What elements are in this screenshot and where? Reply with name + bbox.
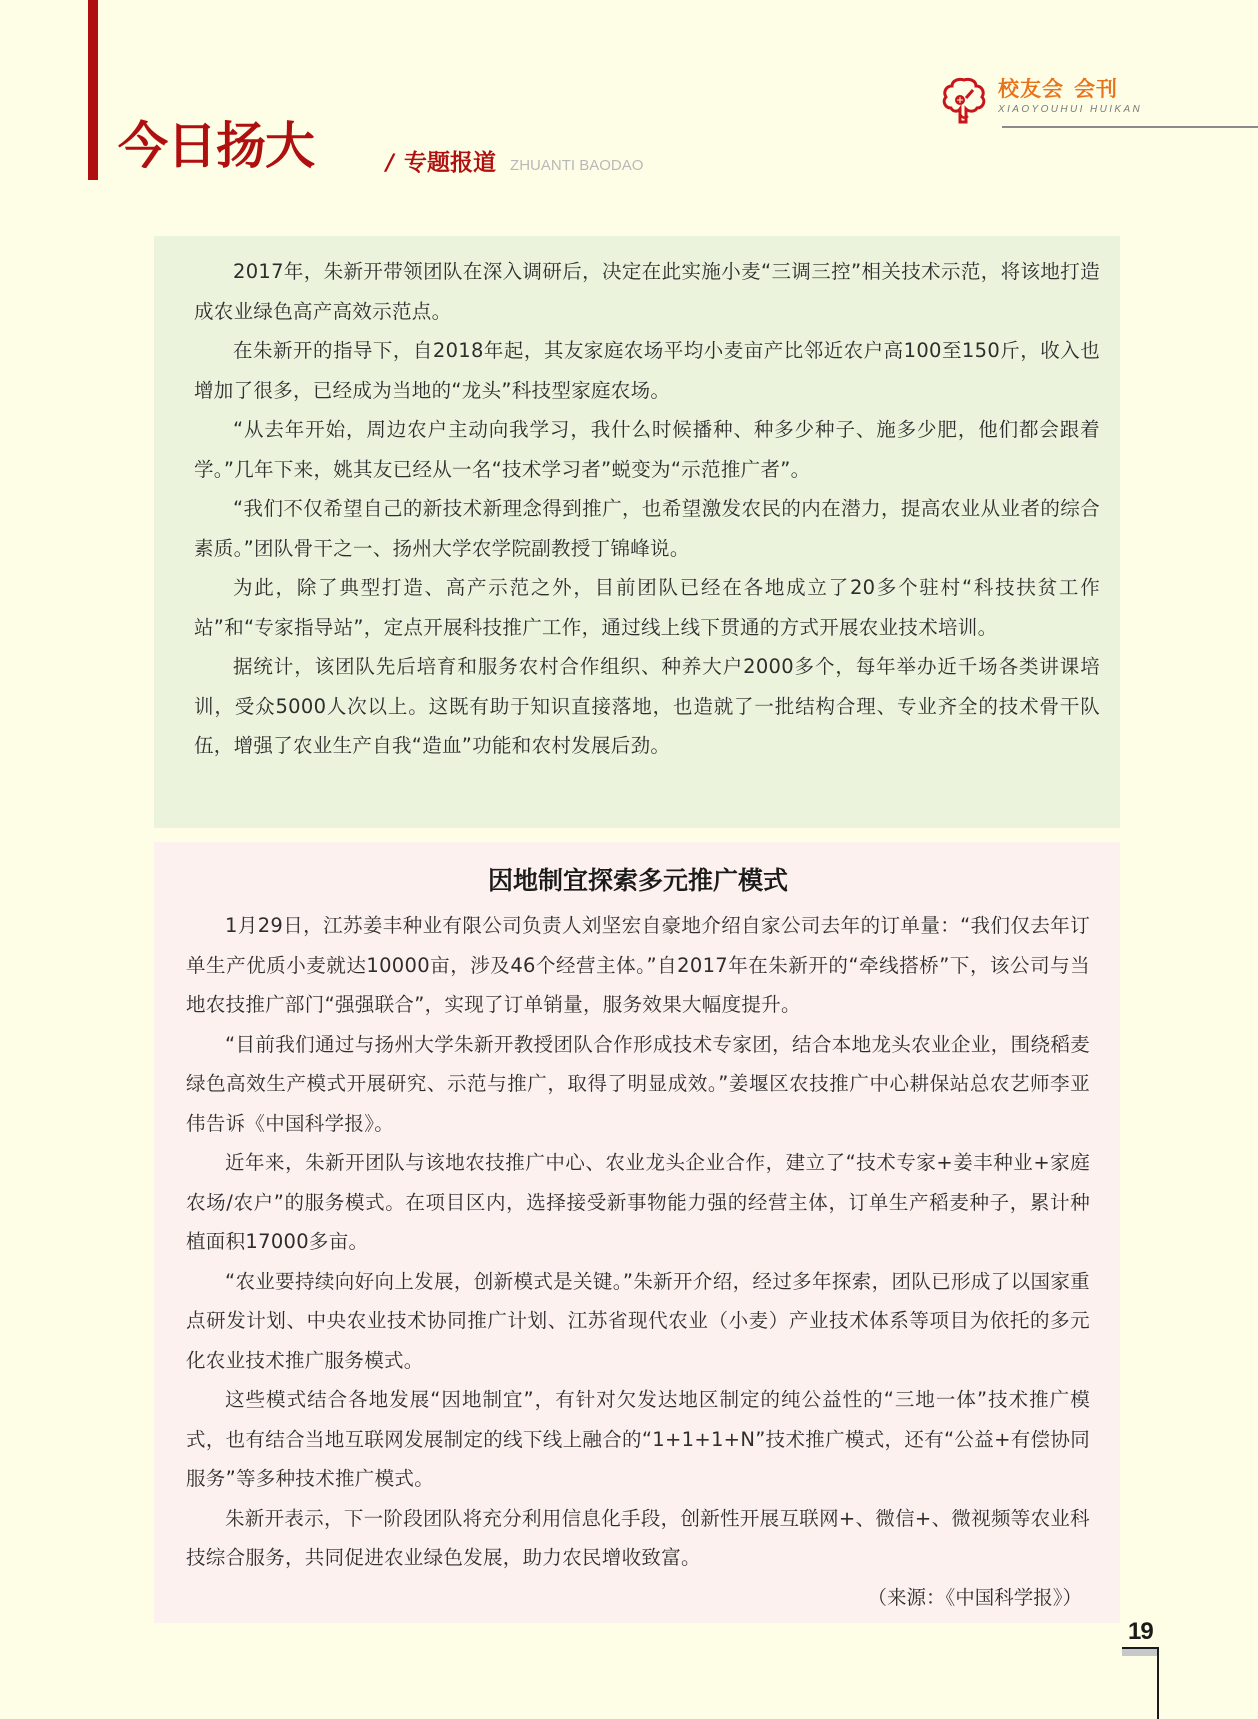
brand-underline [1002, 126, 1258, 128]
brand-pinyin: XIAOYOUHUI HUIKAN [998, 104, 1142, 116]
tree-emblem-icon [940, 76, 988, 126]
section-title: 今日扬大 [118, 118, 314, 174]
subsection-pinyin: ZHUANTI BAODAO [510, 157, 643, 174]
brand-name-part1: 校友会 [998, 77, 1064, 101]
paragraph: 朱新开表示，下一阶段团队将充分利用信息化手段，创新性开展互联网+、微信+、微视频… [186, 1499, 1090, 1578]
paragraph: 近年来，朱新开团队与该地农技推广中心、农业龙头企业合作，建立了“技术专家+姜丰种… [186, 1143, 1090, 1262]
paragraph: “从去年开始，周边农户主动向我学习，我什么时候播种、种多少种子、施多少肥，他们都… [194, 410, 1100, 489]
title-slash: / [386, 151, 394, 176]
subsection-title: 专题报道 [404, 144, 496, 177]
page-number-bar [1122, 1647, 1158, 1656]
page-number: 19 [1128, 1618, 1153, 1646]
brand-name-part2: 会刊 [1074, 77, 1118, 101]
green-article-box: 2017年，朱新开带领团队在深入调研后，决定在此实施小麦“三调三控”相关技术示范… [154, 236, 1120, 828]
brand-name: 校友会会刊 [998, 76, 1142, 102]
paragraph: “目前我们通过与扬州大学朱新开教授团队合作形成技术专家团，结合本地龙头农业企业，… [186, 1025, 1090, 1144]
subsection-header: / 专题报道 ZHUANTI BAODAO [386, 144, 643, 177]
page-edge-line [1157, 1647, 1159, 1719]
paragraph: 据统计，该团队先后培育和服务农村合作组织、种养大户2000多个，每年举办近千场各… [194, 647, 1100, 766]
header-red-bar [88, 0, 98, 180]
paragraph: 1月29日，江苏姜丰种业有限公司负责人刘坚宏自豪地介绍自家公司去年的订单量：“我… [186, 906, 1090, 1025]
paragraph: 在朱新开的指导下，自2018年起，其友家庭农场平均小麦亩产比邻近农户高100至1… [194, 331, 1100, 410]
paragraph: “我们不仅希望自己的新技术新理念得到推广，也希望激发农民的内在潜力，提高农业从业… [194, 489, 1100, 568]
pink-article-box: 因地制宜探索多元推广模式 1月29日，江苏姜丰种业有限公司负责人刘坚宏自豪地介绍… [154, 842, 1120, 1623]
article-subheading: 因地制宜探索多元推广模式 [186, 864, 1090, 898]
paragraph: “农业要持续向好向上发展，创新模式是关键。”朱新开介绍，经过多年探索，团队已形成… [186, 1262, 1090, 1381]
brand-masthead: 校友会会刊 XIAOYOUHUI HUIKAN [940, 76, 1142, 126]
paragraph: 2017年，朱新开带领团队在深入调研后，决定在此实施小麦“三调三控”相关技术示范… [194, 252, 1100, 331]
paragraph: 为此，除了典型打造、高产示范之外，目前团队已经在各地成立了20多个驻村“科技扶贫… [194, 568, 1100, 647]
paragraph: 这些模式结合各地发展“因地制宜”，有针对欠发达地区制定的纯公益性的“三地一体”技… [186, 1380, 1090, 1499]
source-attribution: （来源：《中国科学报》） [186, 1578, 1090, 1617]
